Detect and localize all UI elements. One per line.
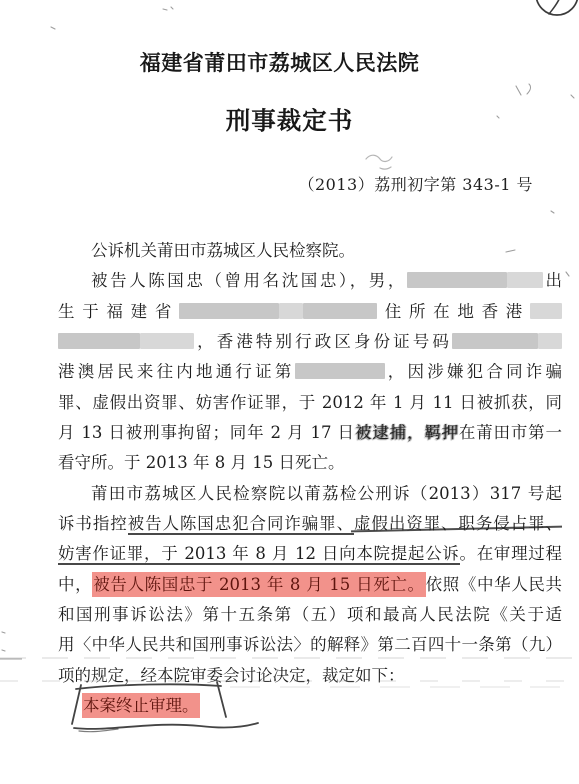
court-name: 福建省莆田市荔城区人民法院 (0, 47, 569, 77)
body-line: 诉书指控被告人陈国忠犯合同诈骗罪、虚假出资罪、职务侵占罪、 (58, 509, 562, 539)
redaction-block (303, 303, 377, 319)
document-body: 公诉机关莆田市荔城区人民检察院。 被告人陈国忠（曾用名沈国忠），男，出 生于福建… (58, 236, 562, 722)
body-text-fragment: 。在审理过程 (460, 544, 563, 563)
body-text-fragment: 月 13 日被刑事拘留；同年 2 月 17 日 (58, 423, 355, 442)
redaction-block (538, 333, 562, 349)
body-line: 莆田市荔城区人民检察院以莆荔检公刑诉（2013）317 号起 (58, 479, 562, 509)
body-line: 看守所。于 2013 年 8 月 15 日死亡。 (58, 448, 562, 478)
redaction-block (530, 303, 562, 319)
redaction-block (279, 303, 303, 319)
redaction-block (507, 272, 543, 288)
body-text-fragment: 项的规定，经本院审委会讨论决定，裁定如下： (58, 666, 405, 685)
redaction-block (452, 333, 538, 349)
body-text-fragment: 生于福建省 (58, 302, 179, 321)
case-number: （2013）荔刑初字第 343-1 号 (298, 172, 533, 195)
body-text-fragment: 在莆田市第一 (459, 423, 562, 442)
body-line: 港澳居民来往内地通行证第，因涉嫌犯合同诈骗 (58, 357, 562, 387)
redaction-block (140, 333, 194, 349)
body-text-fragment: 出 (543, 271, 562, 290)
body-text-fragment: 港澳居民来往内地通行证第 (58, 362, 295, 381)
body-text-fragment: 罪、虚假出资罪、妨害作证罪，于 2012 年 1 月 11 日被抓获，同 (58, 393, 562, 412)
underlined-text: 被告人陈国忠犯合同诈骗罪、 (128, 514, 354, 535)
document-title: 刑事裁定书 (0, 102, 579, 137)
underlined-text: 妨害作证罪， (58, 544, 161, 565)
underlined-text: 于 2013 年 8 月 12 日向本院提起公诉 (161, 544, 459, 565)
redaction-block (295, 363, 385, 379)
body-text-fragment: 看守所。于 2013 年 8 月 15 日死亡。 (58, 453, 344, 472)
body-line: 被告人陈国忠（曾用名沈国忠），男，出 (58, 266, 562, 296)
body-line: 公诉机关莆田市荔城区人民检察院。 (58, 236, 562, 266)
body-line: 项的规定，经本院审委会讨论决定，裁定如下： (58, 661, 562, 691)
highlight-ruling: 本案终止审理。 (82, 693, 200, 718)
body-text-fragment: 中， (58, 575, 92, 594)
body-line: 月 13 日被刑事拘留；同年 2 月 17 日被逮捕，羁押在莆田市第一 (58, 418, 562, 448)
body-text-fragment: 和国刑事诉讼法》第十五条第（五）项和最高人民法院《关于适 (58, 605, 562, 624)
body-text-fragment: 住所在地香港 (377, 302, 530, 321)
body-text-fragment: 诉书指控 (58, 514, 128, 533)
pen-scribble (366, 155, 392, 169)
body-text-fragment: 依照《中华人民共 (426, 575, 562, 594)
body-line: 本案终止审理。 (58, 691, 562, 721)
defendant-intro: 被告人陈国忠（曾用名沈国忠），男， (91, 271, 407, 290)
struck-text: 虚假出资罪、职务侵占罪、 (354, 514, 562, 533)
body-text-fragment: ，因涉嫌犯合同诈骗 (385, 362, 562, 381)
prosecutor-line: 公诉机关莆田市荔城区人民检察院。 (91, 241, 355, 260)
body-line: 中，被告人陈国忠于 2013 年 8 月 15 日死亡。依照《中华人民共 (58, 570, 562, 600)
body-line: 和国刑事诉讼法》第十五条第（五）项和最高人民法院《关于适 (58, 600, 562, 630)
body-line: 生于福建省住所在地香港 (58, 297, 562, 327)
body-line: 用〈中华人民共和国刑事诉讼法〉的解释》第二百四十一条第（九） (58, 630, 562, 660)
redaction-block (407, 272, 507, 288)
body-line: ，香港特别行政区身份证号码 (58, 327, 562, 357)
body-line: 妨害作证罪，于 2013 年 8 月 12 日向本院提起公诉。在审理过程 (58, 539, 562, 569)
redaction-block (179, 303, 279, 319)
smudged-text: 被逮捕，羁押 (355, 423, 459, 442)
body-text-fragment: 莆田市荔城区人民检察院以莆荔检公刑诉（2013）317 号起 (91, 484, 562, 503)
page-number-stamp (536, 0, 578, 15)
body-line: 罪、虚假出资罪、妨害作证罪，于 2012 年 1 月 11 日被抓获，同 (58, 388, 562, 418)
body-text-fragment: ，香港特别行政区身份证号码 (194, 332, 452, 351)
highlight-death-statement: 被告人陈国忠于 2013 年 8 月 15 日死亡。 (92, 572, 425, 597)
scanned-court-document: 福建省莆田市荔城区人民法院 刑事裁定书 （2013）荔刑初字第 343-1 号 … (0, 0, 579, 784)
redaction-block (58, 333, 140, 349)
body-text-fragment: 用〈中华人民共和国刑事诉讼法〉的解释》第二百四十一条第（九） (58, 635, 562, 654)
